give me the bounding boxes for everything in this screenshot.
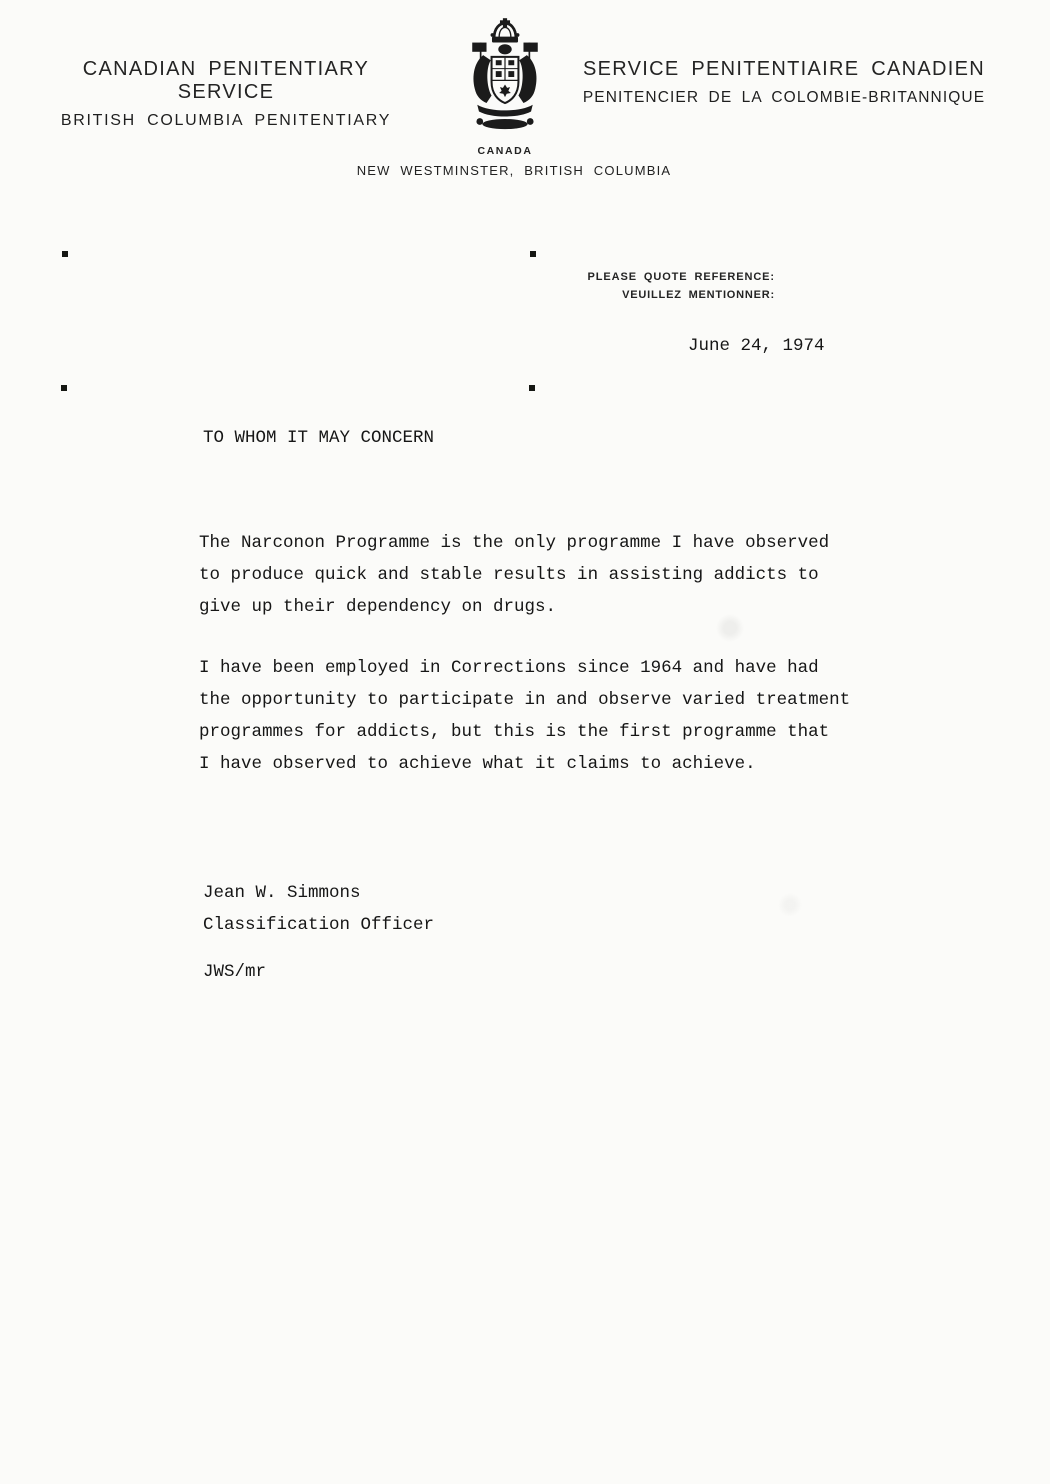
signer-name: Jean W. Simmons	[203, 883, 361, 903]
registration-mark	[529, 385, 535, 391]
typist-initials: JWS/mr	[203, 962, 266, 982]
institution-name-french: PENITENCIER DE LA COLOMBIE-BRITANNIQUE	[574, 89, 994, 107]
letter-page: CANADIAN PENITENTIARY SERVICE BRITISH CO…	[0, 0, 1050, 1484]
body-line: to produce quick and stable results in a…	[199, 559, 879, 591]
letterhead-english: CANADIAN PENITENTIARY SERVICE BRITISH CO…	[30, 58, 422, 130]
reference-block: PLEASE QUOTE REFERENCE: VEUILLEZ MENTION…	[545, 271, 775, 301]
body-line: I have been employed in Corrections sinc…	[199, 652, 879, 684]
body-paragraph-2: I have been employed in Corrections sinc…	[199, 652, 879, 780]
reference-label-french: VEUILLEZ MENTIONNER:	[545, 289, 775, 301]
canada-coat-of-arms-icon	[462, 18, 548, 141]
body-line: The Narconon Programme is the only progr…	[199, 527, 879, 559]
letterhead-location: NEW WESTMINSTER, BRITISH COLUMBIA	[314, 163, 714, 178]
service-name-french: SERVICE PENITENTIAIRE CANADIEN	[574, 58, 994, 81]
body-line: the opportunity to participate in and ob…	[199, 684, 879, 716]
letterhead-french: SERVICE PENITENTIAIRE CANADIEN PENITENCI…	[574, 58, 994, 107]
body-paragraph-1: The Narconon Programme is the only progr…	[199, 527, 879, 623]
signer-title: Classification Officer	[203, 915, 434, 935]
registration-mark	[530, 251, 536, 257]
body-line: give up their dependency on drugs.	[199, 591, 879, 623]
body-line: I have observed to achieve what it claim…	[199, 748, 879, 780]
registration-mark	[62, 251, 68, 257]
letter-date: June 24, 1974	[688, 336, 825, 356]
reference-label-english: PLEASE QUOTE REFERENCE:	[545, 271, 775, 283]
service-name-english: CANADIAN PENITENTIARY SERVICE	[30, 58, 422, 104]
body-line: programmes for addicts, but this is the …	[199, 716, 879, 748]
crest-caption: CANADA	[448, 145, 562, 157]
registration-mark	[61, 385, 67, 391]
institution-name-english: BRITISH COLUMBIA PENITENTIARY	[30, 112, 422, 130]
salutation: TO WHOM IT MAY CONCERN	[203, 428, 434, 448]
